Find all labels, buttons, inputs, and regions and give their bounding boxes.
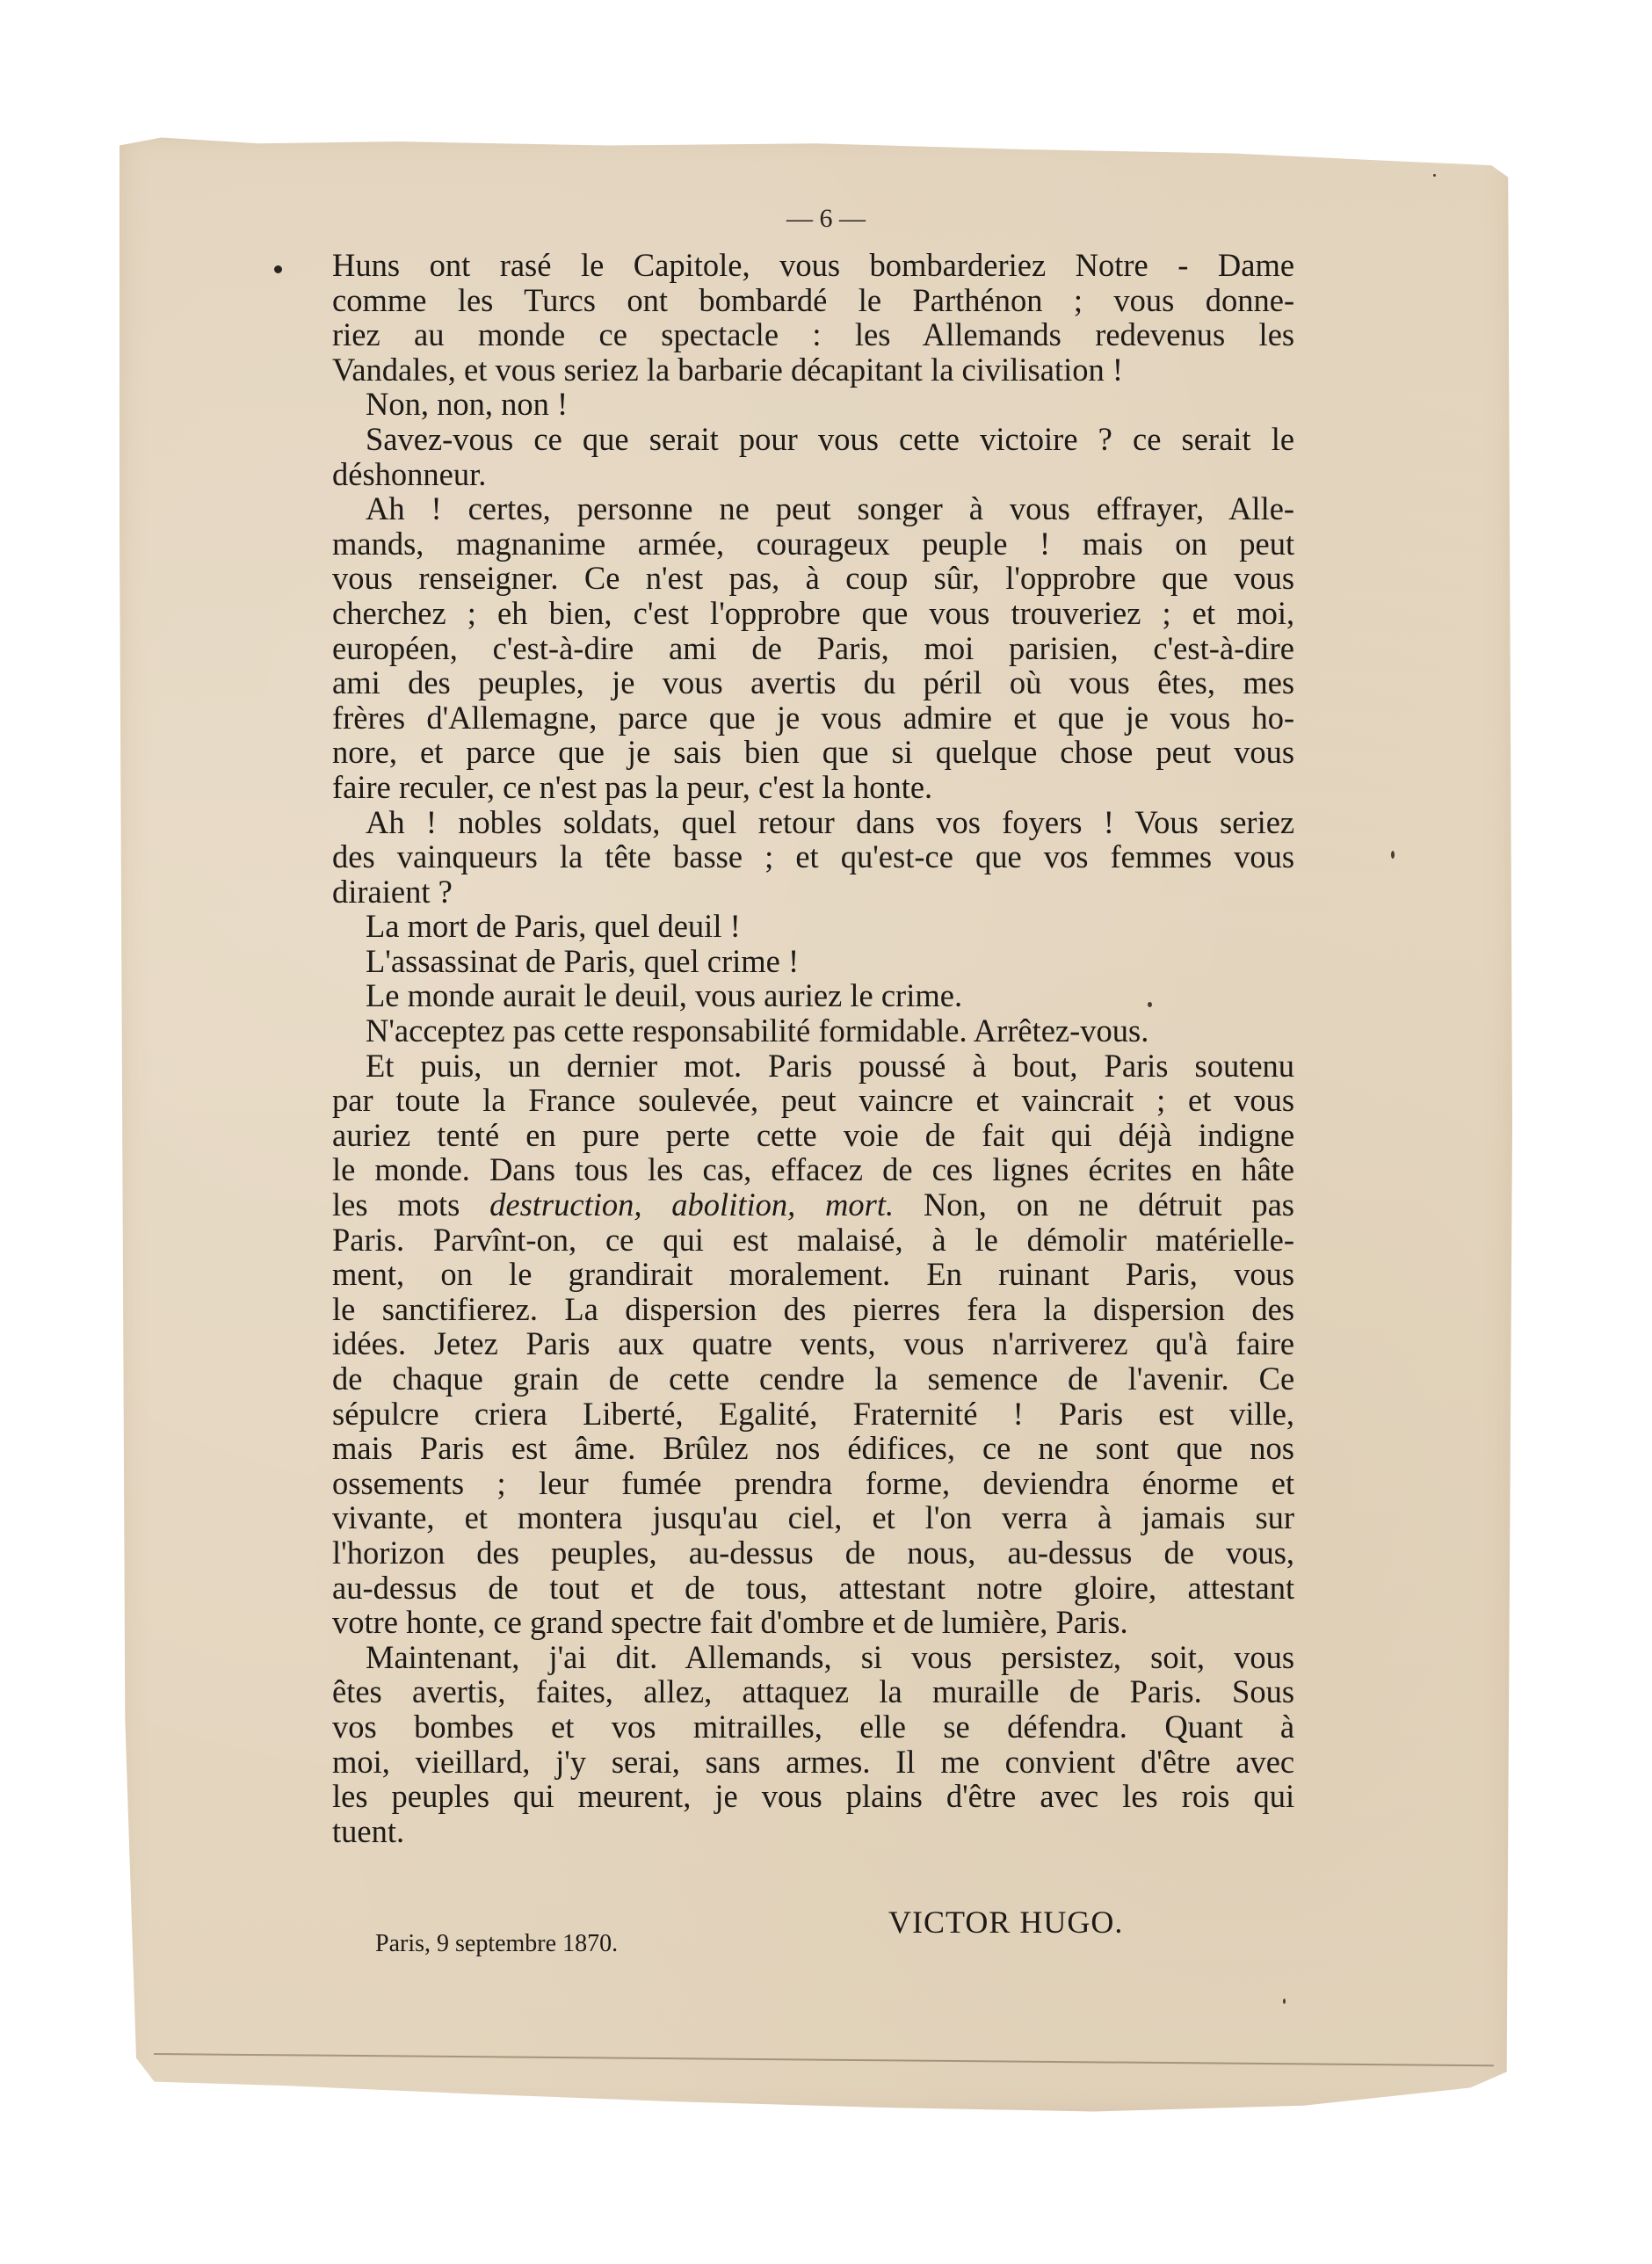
text-line-content: sépulcre criera Liberté, Egalité, Frater… <box>332 1397 1294 1432</box>
text-line-content: l'horizon des peuples, au-dessus de nous… <box>332 1535 1294 1571</box>
text-line-content: des vainqueurs la tête basse ; et qu'est… <box>332 839 1294 874</box>
text-line: déshonneur. <box>332 457 1294 492</box>
text-line-content: de chaque grain de cette cendre la semen… <box>332 1361 1294 1397</box>
text-line: riez au monde ce spectacle : les Alleman… <box>332 317 1294 352</box>
text-line: Maintenant, j'ai dit. Allemands, si vous… <box>332 1640 1294 1675</box>
text-line-content: comme les Turcs ont bombardé le Parthéno… <box>332 283 1294 318</box>
text-line: par toute la France soulevée, peut vainc… <box>332 1083 1294 1118</box>
text-line: frères d'Allemagne, parce que je vous ad… <box>332 700 1294 736</box>
text-line-content: auriez tenté en pure perte cette voie de… <box>332 1118 1294 1153</box>
text-line-content: N'acceptez pas cette responsabilité form… <box>366 1013 1294 1049</box>
text-line: mais Paris est âme. Brûlez nos édifices,… <box>332 1431 1294 1466</box>
text-line-content: ment, on le grandirait moralement. En ru… <box>332 1257 1294 1292</box>
text-line: vos bombes et vos mitrailles, elle se dé… <box>332 1709 1294 1745</box>
text-line-content: nore, et parce que je sais bien que si q… <box>332 735 1294 770</box>
text-line: Paris. Parvînt-on, ce qui est malaisé, à… <box>332 1223 1294 1258</box>
text-line-content: mands, magnanime armée, courageux peuple… <box>332 526 1294 562</box>
text-line: idées. Jetez Paris aux quatre vents, vou… <box>332 1326 1294 1361</box>
text-line-content: mais Paris est âme. Brûlez nos édifices,… <box>332 1431 1294 1466</box>
text-line-content: moi, vieillard, j'y serai, sans armes. I… <box>332 1745 1294 1780</box>
text-line: auriez tenté en pure perte cette voie de… <box>332 1118 1294 1153</box>
text-line-content: les mots destruction, abolition, mort. N… <box>332 1187 1294 1223</box>
text-line-content: Ah ! certes, personne ne peut songer à v… <box>366 491 1294 526</box>
text-line-content: ami des peuples, je vous avertis du péri… <box>332 665 1294 700</box>
text-line: cherchez ; eh bien, c'est l'opprobre que… <box>332 596 1294 631</box>
text-line: vivante, et montera jusqu'au ciel, et l'… <box>332 1500 1294 1535</box>
ink-speck <box>1283 1999 1286 2004</box>
text-line-content: déshonneur. <box>332 457 1294 492</box>
dateline: Paris, 9 septembre 1870. <box>375 1930 618 1958</box>
text-line-content: Maintenant, j'ai dit. Allemands, si vous… <box>366 1640 1294 1675</box>
text-line-content: Et puis, un dernier mot. Paris poussé à … <box>366 1049 1294 1084</box>
text-line-content: vos bombes et vos mitrailles, elle se dé… <box>332 1709 1294 1745</box>
text-line: faire reculer, ce n'est pas la peur, c'e… <box>332 770 1294 805</box>
text-line-content: frères d'Allemagne, parce que je vous ad… <box>332 700 1294 736</box>
text-line: Ah ! nobles soldats, quel retour dans vo… <box>332 805 1294 840</box>
text-line: des vainqueurs la tête basse ; et qu'est… <box>332 839 1294 874</box>
text-line: de chaque grain de cette cendre la semen… <box>332 1361 1294 1397</box>
text-line: ment, on le grandirait moralement. En ru… <box>332 1257 1294 1292</box>
text-line-content: tuent. <box>332 1814 1294 1849</box>
text-line: L'assassinat de Paris, quel crime ! <box>332 944 1294 979</box>
text-line: au-dessus de tout et de tous, attestant … <box>332 1571 1294 1606</box>
page-number: — 6 — <box>0 204 1652 234</box>
text-line: Ah ! certes, personne ne peut songer à v… <box>332 491 1294 526</box>
text-line-content: idées. Jetez Paris aux quatre vents, vou… <box>332 1326 1294 1361</box>
text-line-content: Vandales, et vous seriez la barbarie déc… <box>332 352 1294 388</box>
text-line-content: Paris. Parvînt-on, ce qui est malaisé, à… <box>332 1223 1294 1258</box>
text-line: Et puis, un dernier mot. Paris poussé à … <box>332 1049 1294 1084</box>
text-line: les peuples qui meurent, je vous plains … <box>332 1779 1294 1814</box>
text-line: diraient ? <box>332 874 1294 910</box>
ink-speck <box>1391 851 1395 859</box>
text-line: êtes avertis, faites, allez, attaquez la… <box>332 1674 1294 1709</box>
text-line-content: riez au monde ce spectacle : les Alleman… <box>332 317 1294 352</box>
text-line-content: européen, c'est-à-dire ami de Paris, moi… <box>332 631 1294 666</box>
text-line: le monde. Dans tous les cas, effacez de … <box>332 1152 1294 1187</box>
text-line-content: vous renseigner. Ce n'est pas, à coup sû… <box>332 561 1294 596</box>
text-line: le sanctifierez. La dispersion des pierr… <box>332 1292 1294 1327</box>
text-line-content: cherchez ; eh bien, c'est l'opprobre que… <box>332 596 1294 631</box>
text-line: nore, et parce que je sais bien que si q… <box>332 735 1294 770</box>
text-line: ami des peuples, je vous avertis du péri… <box>332 665 1294 700</box>
text-line-content: le sanctifierez. La dispersion des pierr… <box>332 1292 1294 1327</box>
text-line: Huns ont rasé le Capitole, vous bombarde… <box>332 248 1294 283</box>
text-line: Le monde aurait le deuil, vous auriez le… <box>332 978 1294 1013</box>
text-line: ossements ; leur fumée prendra forme, de… <box>332 1466 1294 1501</box>
text-line-content: La mort de Paris, quel deuil ! <box>366 909 1294 944</box>
text-line-content: êtes avertis, faites, allez, attaquez la… <box>332 1674 1294 1709</box>
text-line: N'acceptez pas cette responsabilité form… <box>332 1013 1294 1049</box>
text-line: moi, vieillard, j'y serai, sans armes. I… <box>332 1745 1294 1780</box>
text-line: vous renseigner. Ce n'est pas, à coup sû… <box>332 561 1294 596</box>
text-line-content: au-dessus de tout et de tous, attestant … <box>332 1571 1294 1606</box>
text-line: Non, non, non ! <box>332 387 1294 422</box>
text-line: l'horizon des peuples, au-dessus de nous… <box>332 1535 1294 1571</box>
text-line-content: diraient ? <box>332 874 1294 910</box>
text-line-content: les peuples qui meurent, je vous plains … <box>332 1779 1294 1814</box>
text-line: votre honte, ce grand spectre fait d'omb… <box>332 1605 1294 1640</box>
text-line: les mots destruction, abolition, mort. N… <box>332 1187 1294 1223</box>
text-line-content: Ah ! nobles soldats, quel retour dans vo… <box>366 805 1294 840</box>
text-line-content: par toute la France soulevée, peut vainc… <box>332 1083 1294 1118</box>
text-line: La mort de Paris, quel deuil ! <box>332 909 1294 944</box>
text-line: mands, magnanime armée, courageux peuple… <box>332 526 1294 562</box>
body-text: Huns ont rasé le Capitole, vous bombarde… <box>332 248 1294 1848</box>
text-line-content: ossements ; leur fumée prendra forme, de… <box>332 1466 1294 1501</box>
text-line: sépulcre criera Liberté, Egalité, Frater… <box>332 1397 1294 1432</box>
text-line-content: Non, non, non ! <box>366 387 1294 422</box>
text-line: Savez-vous ce que serait pour vous cette… <box>332 422 1294 457</box>
ink-speck <box>1433 174 1436 177</box>
bullet-mark <box>274 265 282 273</box>
text-line: européen, c'est-à-dire ami de Paris, moi… <box>332 631 1294 666</box>
text-line-content: faire reculer, ce n'est pas la peur, c'e… <box>332 770 1294 805</box>
text-line-content: Savez-vous ce que serait pour vous cette… <box>366 422 1294 457</box>
text-line-content: L'assassinat de Paris, quel crime ! <box>366 944 1294 979</box>
text-line-content: votre honte, ce grand spectre fait d'omb… <box>332 1605 1294 1640</box>
text-line-content: le monde. Dans tous les cas, effacez de … <box>332 1152 1294 1187</box>
text-line-content: Le monde aurait le deuil, vous auriez le… <box>366 978 1294 1013</box>
text-line-content: vivante, et montera jusqu'au ciel, et l'… <box>332 1500 1294 1535</box>
text-line: comme les Turcs ont bombardé le Parthéno… <box>332 283 1294 318</box>
text-line: tuent. <box>332 1814 1294 1849</box>
author-signature: VICTOR HUGO. <box>888 1904 1123 1941</box>
text-line-content: Huns ont rasé le Capitole, vous bombarde… <box>332 248 1294 283</box>
text-line: Vandales, et vous seriez la barbarie déc… <box>332 352 1294 388</box>
